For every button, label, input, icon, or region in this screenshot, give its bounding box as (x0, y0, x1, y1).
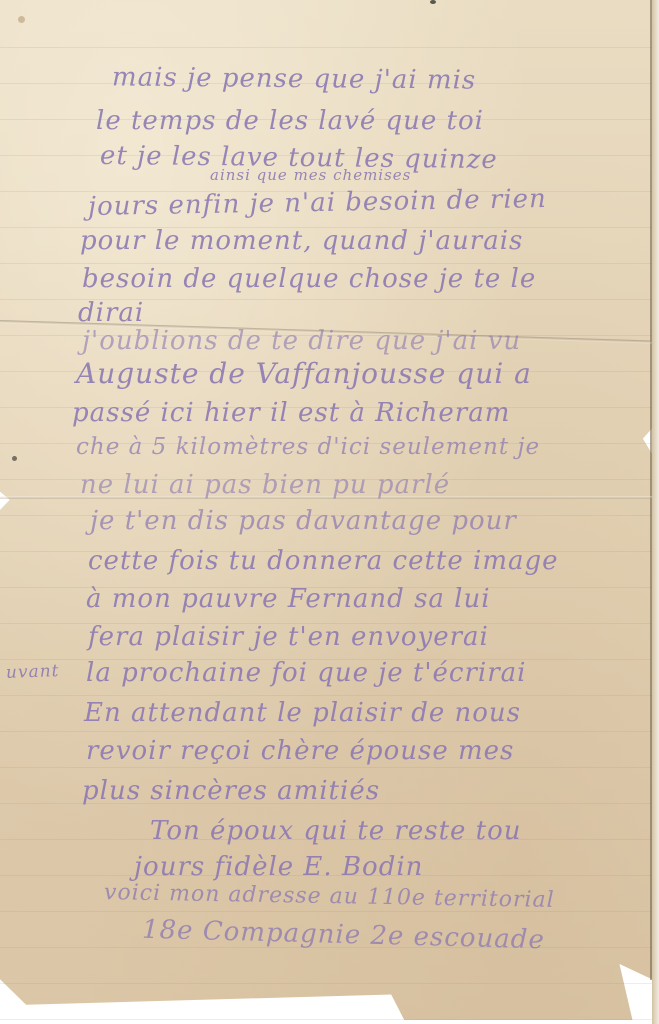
letter-line: passé ici hier il est à Richeram (72, 400, 510, 426)
letter-line: pour le moment, quand j'aurais (80, 228, 523, 254)
letter-line: ne lui ai pas bien pu parlé (80, 472, 450, 498)
letter-line: jours enfin je n'ai besoin de rien (88, 186, 547, 220)
letter-line: mais je pense que j'ai mis (112, 64, 476, 93)
ink-spot (18, 16, 25, 23)
letter-line: je t'en dis pas davantage pour (90, 508, 517, 534)
letter-line: cette fois tu donnera cette image (88, 548, 559, 574)
letter-line: Auguste de Vaffanjousse qui a (76, 360, 532, 388)
letter-line: la prochaine foi que je t'écrirai (86, 660, 526, 686)
letter-line: revoir reçoi chère épouse mes (86, 738, 514, 764)
letter-line: besoin de quelque chose je te le (82, 266, 536, 292)
letter-line: dirai (78, 300, 144, 326)
letter-line: j'oublions de te dire que j'ai vu (82, 328, 521, 354)
letter-line: che à 5 kilomètres d'ici seulement je (76, 436, 540, 459)
letter-insertion: ainsi que mes chemises (210, 168, 411, 183)
margin-note: uvant (6, 663, 60, 682)
ink-spot (430, 0, 436, 4)
letter-line: à mon pauvre Fernand sa lui (86, 586, 491, 612)
letter-line: En attendant le plaisir de nous (84, 700, 521, 726)
letter-line: plus sincères amitiés (82, 778, 380, 804)
letter-line: le temps de les lavé que toi (96, 108, 484, 134)
background-strip (652, 0, 659, 1024)
ink-spot (12, 456, 17, 461)
letter-line: fera plaisir je t'en envoyerai (88, 624, 489, 650)
closing-line: Ton époux qui te reste tou (150, 818, 522, 844)
signature-line: jours fidèle E. Bodin (134, 854, 423, 880)
